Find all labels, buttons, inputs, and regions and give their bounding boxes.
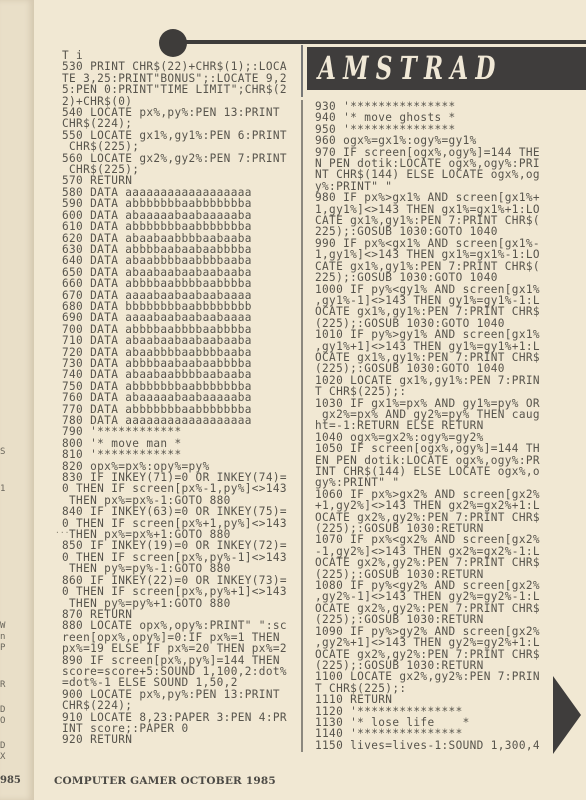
code-listing-right-column: 930 '***************940 '* move ghosts *… xyxy=(315,101,540,751)
margin-mark: ···· xyxy=(55,528,74,537)
code-line: OCATE gx1%,gy1%:PEN 7:PRINT CHR$ xyxy=(315,306,540,317)
code-line: CHR$(224); xyxy=(62,700,287,711)
left-page-fragment: R xyxy=(0,680,5,690)
code-line: 1100 LOCATE gx2%,gy2%:PEN 7:PRIN xyxy=(315,671,540,682)
code-line: 5:PEN 0:PRINT"TIME LIMIT";CHR$(2 xyxy=(62,84,287,95)
code-line: 1110 RETURN xyxy=(315,694,540,705)
code-line: 590 DATA abbbbbbbaabbbbbbba xyxy=(62,198,287,209)
continue-arrow-icon xyxy=(553,676,581,754)
left-page-fragment: S xyxy=(0,447,5,457)
code-line: 880 LOCATE opx%,opy%:PRINT" ":sc xyxy=(62,620,287,631)
left-page-fragment: W xyxy=(0,621,5,631)
code-line: 0 THEN IF screen[px%,py%+1]<>143 xyxy=(62,586,287,597)
code-line: 610 DATA abbbbbbbaabbbbbbba xyxy=(62,221,287,232)
code-line: 710 DATA abaabaabaabaabaaba xyxy=(62,335,287,346)
code-line: (225);:GOSUB 1030:RETURN xyxy=(315,614,540,625)
code-line: 1,gy1%]<>143 THEN gx1%=gx1%-1:LO xyxy=(315,249,540,260)
code-line: 640 DATA abaabbbbaabbbbaaba xyxy=(62,255,287,266)
left-page-fragment: 1 xyxy=(0,484,5,494)
section-title: AMSTRAD xyxy=(318,49,503,87)
left-page-fragment: O xyxy=(0,716,5,726)
code-line: 810 '************ xyxy=(62,449,287,460)
left-page-fragment: D xyxy=(0,705,5,715)
code-line: CHR$(225); xyxy=(62,141,287,152)
page-footer: COMPUTER GAMER OCTOBER 1985 xyxy=(54,775,276,787)
left-page-fragment: n xyxy=(0,632,5,642)
left-page-fragment: D xyxy=(0,741,5,751)
code-line: 920 RETURN xyxy=(62,734,287,745)
code-line: 980 IF px%>gx1% AND screen[gx1%+ xyxy=(315,192,540,203)
code-listing-left-column: T i530 PRINT CHR$(22)+CHR$(1);:LOCATE 3,… xyxy=(62,50,287,746)
code-line: ,gy2%+1]<>143 THEN gy2%=gy2%+1:L xyxy=(315,637,540,648)
code-line: 1150 lives=lives-1:SOUND 1,300,4 xyxy=(315,740,540,751)
code-line: 1010 IF py%>gy1% AND screen[gx1% xyxy=(315,329,540,340)
code-line: 1050 IF screen[ogx%,ogy%]=144 TH xyxy=(315,443,540,454)
column-divider xyxy=(301,100,303,752)
code-line: OCATE gx2%,gy2%:PEN 7:PRINT CHR$ xyxy=(315,557,540,568)
code-line: +1,gy2%]<>143 THEN gx2%=gx2%+1:L xyxy=(315,500,540,511)
header-rule-line xyxy=(180,40,586,44)
code-line: T CHR$(225);: xyxy=(315,386,540,397)
code-line: 660 DATA abbbbaabbbbaabbbba xyxy=(62,278,287,289)
code-line: THEN py%=py%-1:GOTO 880 xyxy=(62,563,287,574)
left-page-footer-fragment: 985 xyxy=(0,775,21,786)
code-line: 760 DATA abaaaaabaabaaaaaba xyxy=(62,392,287,403)
left-page-fragment: X xyxy=(0,752,5,762)
left-page-fragment: P xyxy=(0,643,5,653)
code-line: 840 IF INKEY(63)=0 OR INKEY(75)= xyxy=(62,506,287,517)
code-line: 225);:GOSUB 1030:GOTO 1040 xyxy=(315,272,540,283)
code-line: px%=19 ELSE IF px%=20 THEN px%=2 xyxy=(62,643,287,654)
code-line: 960 ogx%=gx1%:ogy%=gy1% xyxy=(315,135,540,146)
header-vertical-rule xyxy=(301,45,303,97)
